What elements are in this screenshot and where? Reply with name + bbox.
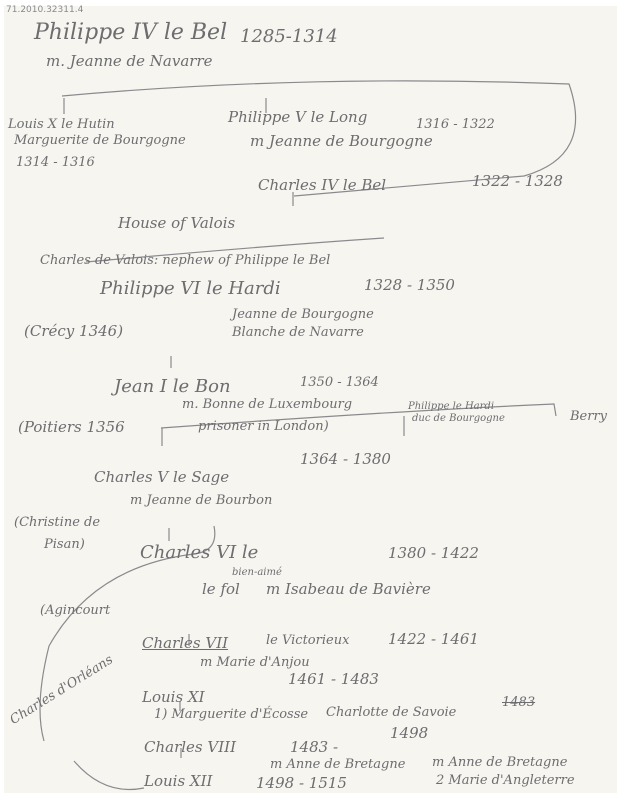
- philippe-vi-spouse-2: Blanche de Navarre: [232, 326, 364, 339]
- louis-xi-spouse-1: 1) Marguerite d'Écosse: [154, 708, 308, 721]
- charles-viii-spouse: m Anne de Bretagne: [270, 758, 405, 771]
- philippe-iv-reign: 1285-1314: [240, 28, 338, 46]
- charles-vii-name: Charles VII: [142, 636, 228, 651]
- charles-de-valois: Charles de Valois: nephew of Philippe le…: [40, 254, 330, 267]
- philippe-v-reign: 1316 - 1322: [416, 118, 495, 131]
- philippe-vi-spouse-1: Jeanne de Bourgogne: [232, 308, 374, 321]
- charles-vii-reign: 1422 - 1461: [388, 632, 479, 647]
- philippe-hardi-line2: duc de Bourgogne: [412, 414, 505, 424]
- louis-x-name: Louis X le Hutin: [8, 118, 115, 131]
- louis-x-spouse: Marguerite de Bourgogne: [14, 134, 186, 147]
- charles-vi-name: Charles VI le: [140, 544, 258, 562]
- charles-vii-epithet: le Victorieux: [266, 634, 349, 647]
- jean-ii-reign: 1350 - 1364: [300, 376, 379, 389]
- jean-ii-spouse: m. Bonne de Luxembourg: [182, 398, 352, 411]
- valois-heading: House of Valois: [118, 216, 235, 231]
- charles-vi-spouse: m Isabeau de Bavière: [266, 582, 431, 597]
- louis-xii-spouse-1: m Anne de Bretagne: [432, 756, 567, 769]
- philippe-v-name: Philippe V le Long: [228, 110, 367, 125]
- jean-ii-name: Jean I le Bon: [114, 378, 231, 396]
- philippe-vi-reign: 1328 - 1350: [364, 278, 455, 293]
- louis-x-reign: 1314 - 1316: [16, 156, 95, 169]
- charles-viii-reign-start: 1483 -: [290, 740, 338, 755]
- charles-v-name: Charles V le Sage: [94, 470, 229, 485]
- reference-number: 71.2010.32311.4: [6, 6, 83, 15]
- charles-iv-reign: 1322 - 1328: [472, 174, 563, 189]
- louis-xi-spouse-2: Charlotte de Savoie: [326, 706, 456, 719]
- philippe-v-spouse: m Jeanne de Bourgogne: [250, 134, 433, 149]
- charles-v-reign: 1364 - 1380: [300, 452, 391, 467]
- crecy-battle: (Crécy 1346): [24, 324, 123, 339]
- charles-vi-epithet-2: le fol: [202, 582, 240, 597]
- christine-line2: Pisan): [44, 538, 85, 551]
- agincourt: (Agincourt: [40, 604, 110, 617]
- philippe-iv-spouse: m. Jeanne de Navarre: [46, 54, 213, 69]
- charles-vi-epithet-1: bien-aimé: [232, 568, 282, 578]
- charles-vii-spouse: m Marie d'Anjou: [200, 656, 310, 669]
- louis-xi-struck-date: 1483: [502, 696, 535, 709]
- philippe-vi-name: Philippe VI le Hardi: [100, 280, 281, 298]
- charles-viii-reign-end: 1498: [390, 726, 428, 741]
- prisoner-note: prisoner in London): [198, 420, 329, 433]
- philippe-hardi-line1: Philippe le Hardi: [408, 402, 494, 412]
- charles-vi-reign: 1380 - 1422: [388, 546, 479, 561]
- poitiers-battle: (Poitiers 1356: [18, 420, 125, 435]
- berry: Berry: [570, 410, 607, 423]
- philippe-iv-name: Philippe IV le Bel: [34, 22, 227, 44]
- louis-xii-reign: 1498 - 1515: [256, 776, 347, 791]
- louis-xi-name: Louis XI: [142, 690, 205, 705]
- christine-line1: (Christine de: [14, 516, 100, 529]
- charles-v-spouse: m Jeanne de Bourbon: [130, 494, 272, 507]
- louis-xii-name: Louis XII: [144, 774, 212, 789]
- charles-iv-name: Charles IV le Bel: [258, 178, 386, 193]
- charles-viii-name: Charles VIII: [144, 740, 236, 755]
- manuscript-page: 71.2010.32311.4 Philippe IV le Bel 1285-…: [4, 6, 617, 793]
- louis-xii-spouse-2: 2 Marie d'Angleterre: [436, 774, 575, 787]
- louis-xi-reign: 1461 - 1483: [288, 672, 379, 687]
